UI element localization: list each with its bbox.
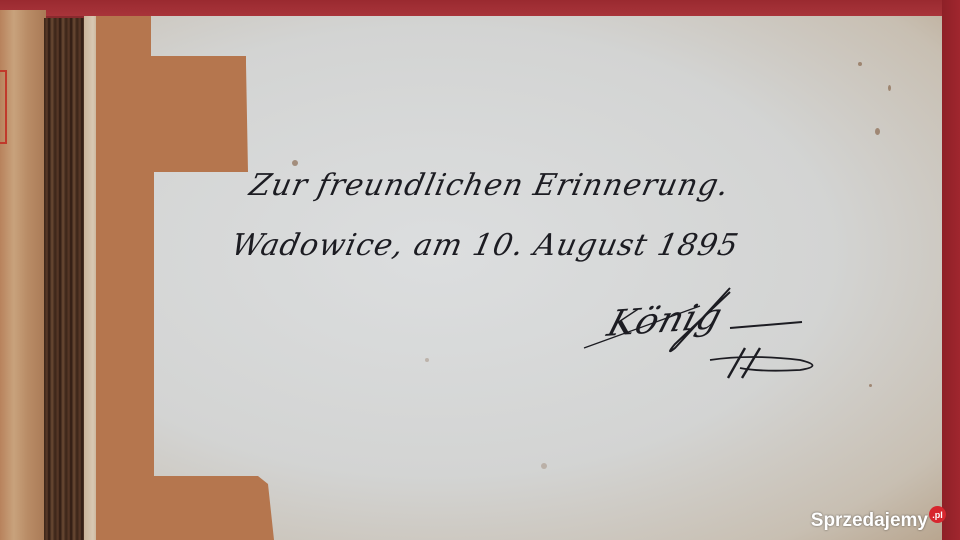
foxing-stain xyxy=(292,160,298,166)
red-cloth-cover-top xyxy=(0,0,960,16)
foxing-stain xyxy=(541,463,547,469)
signature: König xyxy=(603,296,728,345)
watermark-pl-badge: .pl xyxy=(929,506,946,523)
foxing-stain xyxy=(425,358,429,362)
foxing-stain xyxy=(858,62,862,66)
watermark-brand: Sprzedajemy xyxy=(811,510,928,532)
inscription-line-1: Zur freundlichen Erinnerung. xyxy=(246,168,732,203)
spine-red-label-mark xyxy=(0,70,7,144)
foxing-stain xyxy=(888,85,891,91)
book-photo: Zur freundlichen Erinnerung. Wadowice, a… xyxy=(0,0,960,540)
foxing-stain xyxy=(875,128,880,135)
page-edges-stack xyxy=(44,18,86,540)
sprzedajemy-watermark: Sprzedajemy .pl xyxy=(811,510,946,532)
red-cloth-cover-right xyxy=(942,0,960,540)
inscription-line-2: Wadowice, am 10. August 1895 xyxy=(228,228,742,263)
foxing-stain xyxy=(869,384,872,387)
adjacent-book-spine xyxy=(0,10,46,540)
